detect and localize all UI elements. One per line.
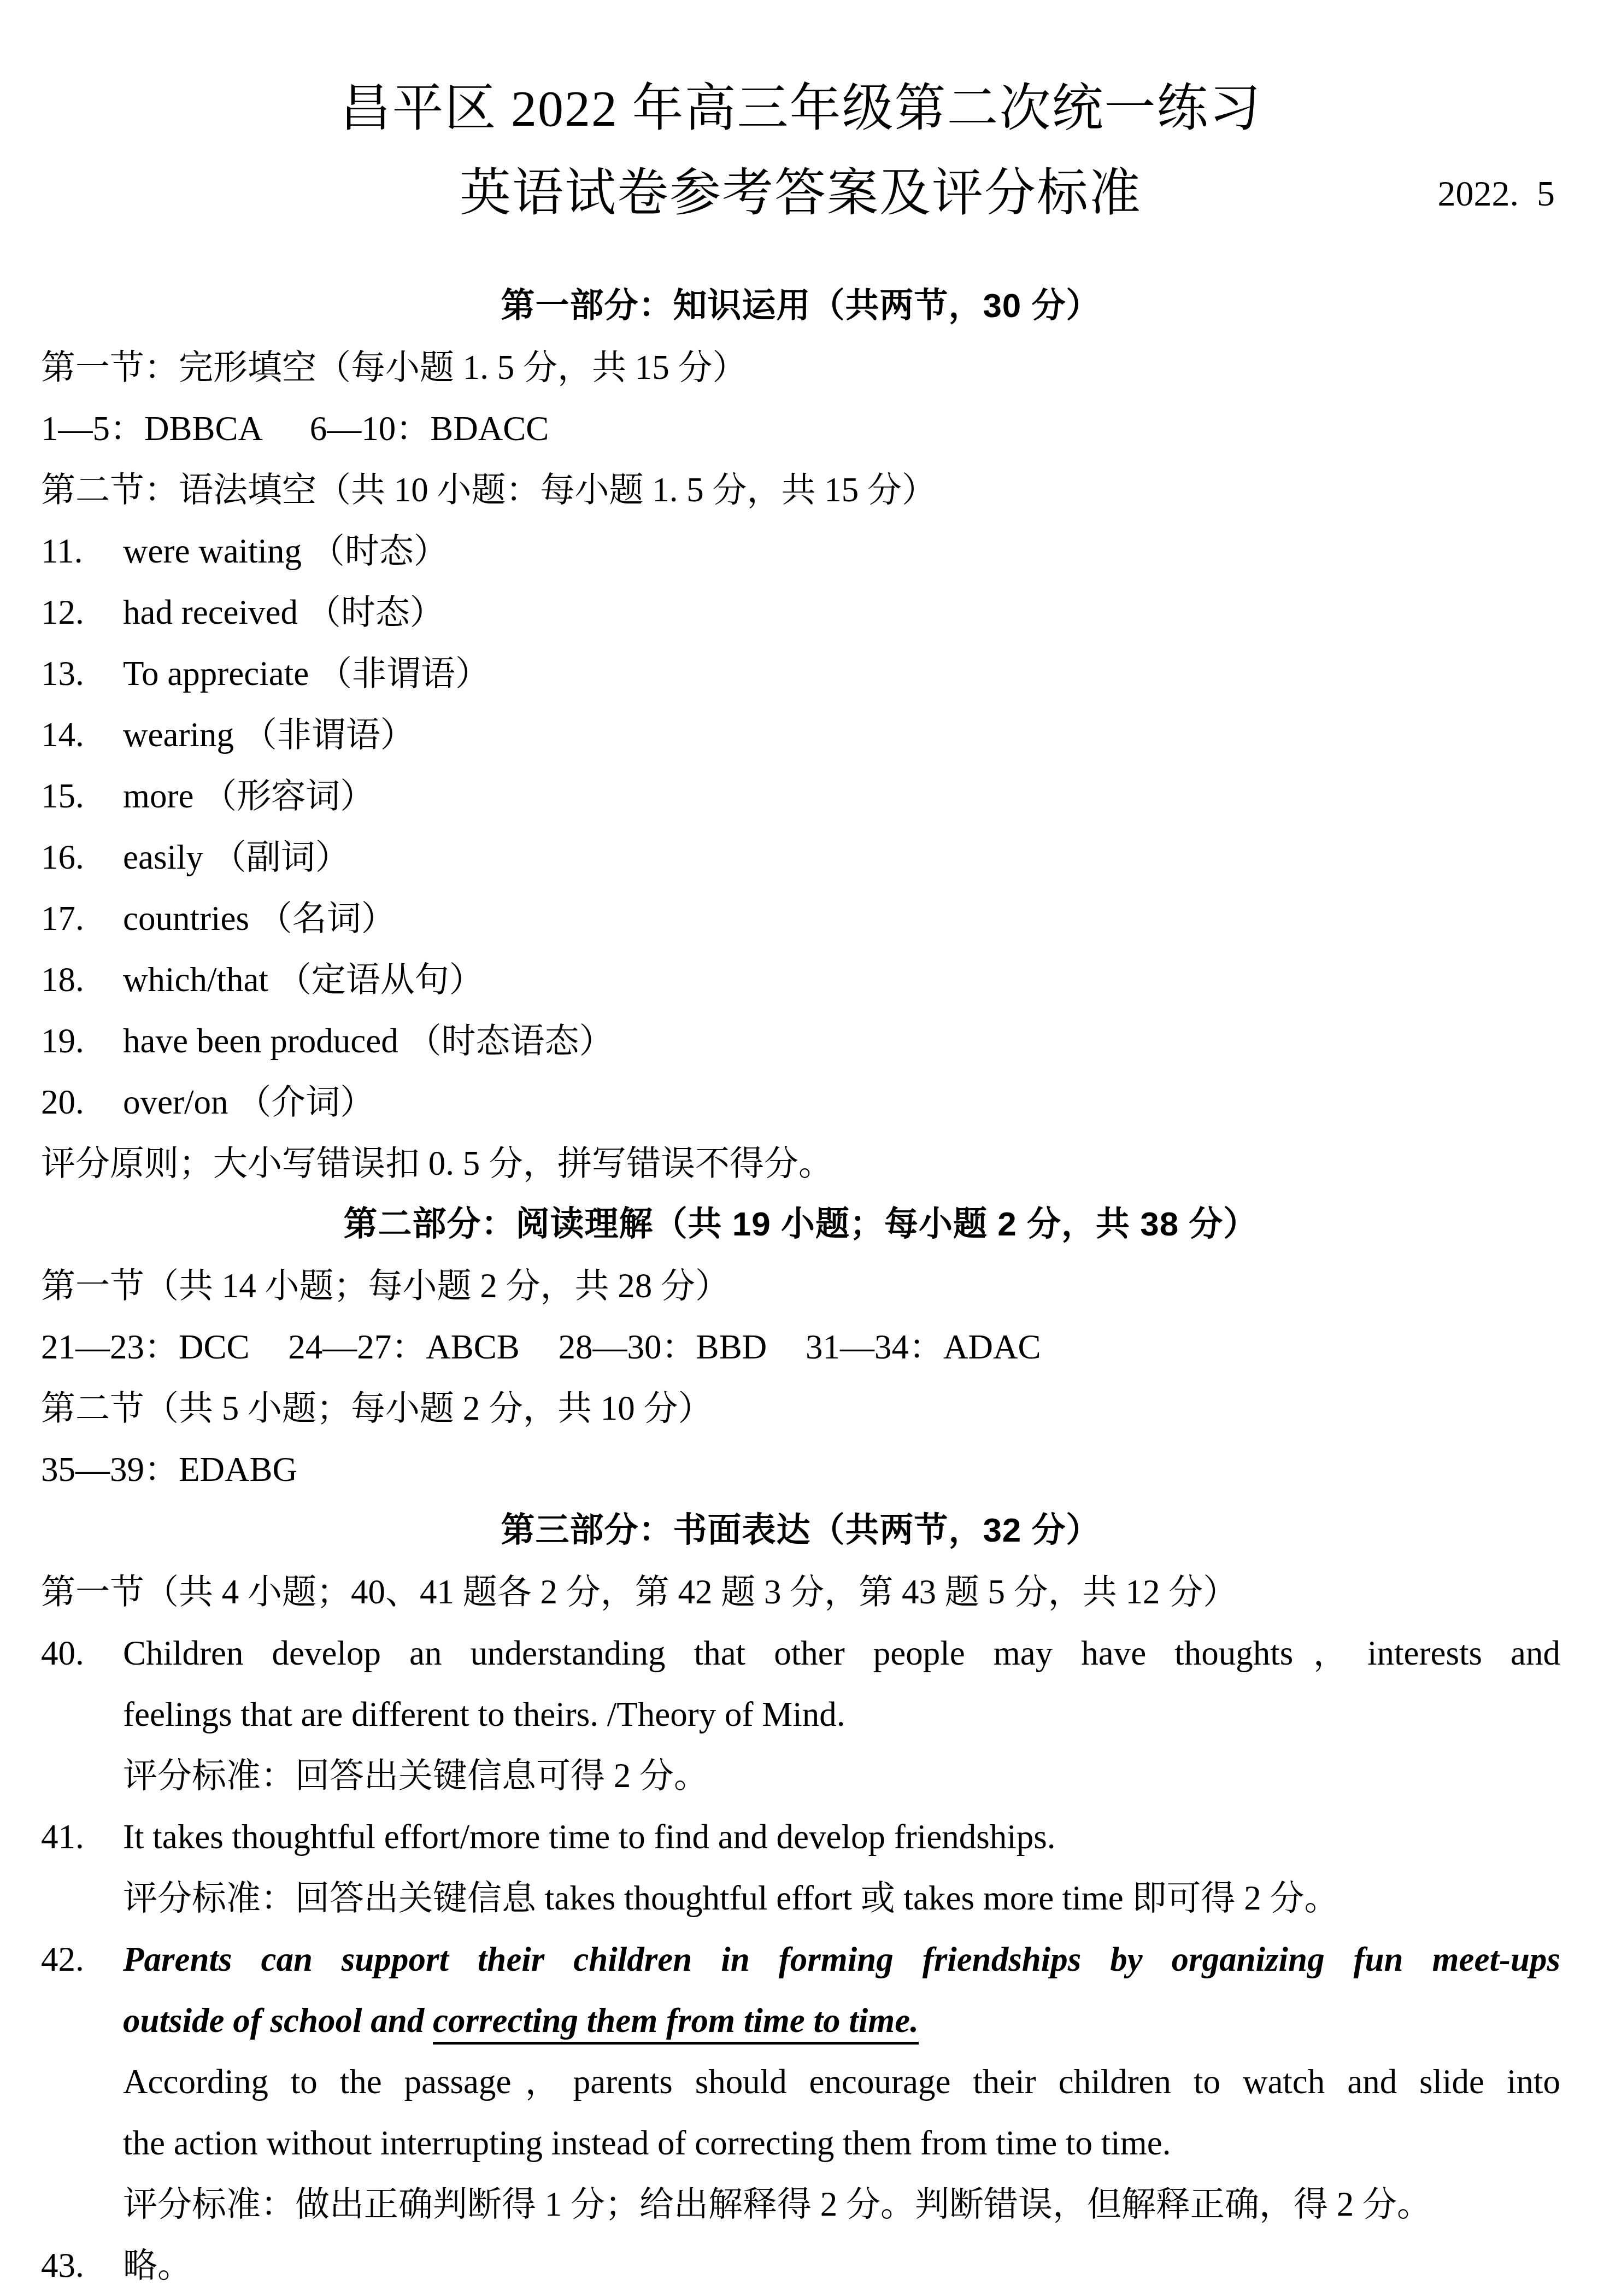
- answer-text: which/that （定语从句）: [123, 960, 484, 999]
- answer-text: outside of school and: [123, 2001, 433, 2040]
- answer-text: more （形容词）: [123, 777, 374, 815]
- question-41: 41. It takes thoughtful effort/more time…: [41, 1806, 1560, 1929]
- question-number: 12.: [41, 582, 123, 643]
- answer-group: 35—39：EDABG: [41, 1450, 297, 1489]
- question-42: 42. Parents can support their children i…: [41, 1929, 1560, 2235]
- answer-text: had received （时态）: [123, 593, 444, 631]
- grammar-item-20: 20.over/on （介词）: [41, 1071, 1560, 1133]
- question-number: 19.: [41, 1010, 123, 1071]
- question-number: 40.: [41, 1623, 84, 1684]
- part1-heading: 第一部分：知识运用（共两节，30 分）: [41, 276, 1560, 337]
- answer-group: 6—10：BDACC: [310, 409, 549, 448]
- grammar-item-19: 19.have been produced （时态语态）: [41, 1010, 1560, 1071]
- answer-group: 28—30：BBD: [559, 1328, 767, 1366]
- answer-line: 略。: [123, 2235, 1560, 2296]
- part3-heading: 第三部分：书面表达（共两节，32 分）: [41, 1500, 1560, 1561]
- answer-line: It takes thoughtful effort/more time to …: [123, 1806, 1560, 1867]
- part1-section1-label: 第一节：完形填空（每小题 1. 5 分，共 15 分）: [41, 337, 1560, 398]
- answer-line: Parents can support their children in fo…: [123, 1929, 1560, 1990]
- grammar-item-13: 13.To appreciate （非谓语）: [41, 643, 1560, 704]
- scoring-criteria: 评分标准：回答出关键信息可得 2 分。: [123, 1745, 1560, 1806]
- answer-text: To appreciate （非谓语）: [123, 654, 490, 693]
- part1-scoring-principle: 评分原则；大小写错误扣 0. 5 分，拼写错误不得分。: [41, 1133, 1560, 1194]
- question-number: 17.: [41, 888, 123, 949]
- question-number: 15.: [41, 765, 123, 827]
- answer-group: 31—34：ADAC: [806, 1328, 1041, 1366]
- grammar-item-14: 14.wearing （非谓语）: [41, 704, 1560, 765]
- answer-group: 24—27：ABCB: [288, 1328, 520, 1366]
- answer-text: over/on （介词）: [123, 1083, 374, 1121]
- grammar-item-16: 16.easily （副词）: [41, 827, 1560, 888]
- part2-section1-answers: 21—23：DCC 24—27：ABCB 28—30：BBD 31—34：ADA…: [41, 1316, 1560, 1378]
- part2-heading: 第二部分：阅读理解（共 19 小题；每小题 2 分，共 38 分）: [41, 1194, 1560, 1255]
- answer-text: were waiting （时态）: [123, 532, 448, 570]
- title-line-1: 昌平区 2022 年高三年级第二次统一练习: [41, 67, 1560, 151]
- grammar-item-15: 15.more （形容词）: [41, 765, 1560, 827]
- grammar-item-11: 11.were waiting （时态）: [41, 520, 1560, 582]
- exam-date: 2022. 5: [1438, 151, 1555, 236]
- part1-cloze-answers: 1—5：DBBCA 6—10：BDACC: [41, 398, 1560, 459]
- question-number: 13.: [41, 643, 123, 704]
- grammar-item-17: 17.countries （名词）: [41, 888, 1560, 949]
- part2-section1-label: 第一节（共 14 小题；每小题 2 分，共 28 分）: [41, 1255, 1560, 1316]
- part1-section2-label: 第二节：语法填空（共 10 小题：每小题 1. 5 分，共 15 分）: [41, 459, 1560, 520]
- underlined-answer-text: correcting them from time to time.: [433, 2001, 919, 2040]
- question-number: 20.: [41, 1071, 123, 1133]
- explanation-line: According to the passage，parents should …: [123, 2051, 1560, 2112]
- question-number: 43.: [41, 2235, 84, 2296]
- question-number: 16.: [41, 827, 123, 888]
- explanation-line: the action without interrupting instead …: [123, 2112, 1560, 2174]
- answer-text: countries （名词）: [123, 899, 396, 938]
- answer-line: Children develop an understanding that o…: [123, 1623, 1560, 1684]
- question-number: 42.: [41, 1929, 84, 1990]
- question-43: 43. 略。: [41, 2235, 1560, 2296]
- question-number: 41.: [41, 1806, 84, 1867]
- part3-section1-label: 第一节（共 4 小题；40、41 题各 2 分，第 42 题 3 分，第 43 …: [41, 1561, 1560, 1623]
- grammar-item-18: 18.which/that （定语从句）: [41, 949, 1560, 1010]
- answer-text: wearing （非谓语）: [123, 716, 415, 754]
- answer-group: 21—23：DCC: [41, 1328, 250, 1366]
- document-page: 昌平区 2022 年高三年级第二次统一练习 英语试卷参考答案及评分标准 2022…: [0, 0, 1598, 2296]
- scoring-criteria: 评分标准：回答出关键信息 takes thoughtful effort 或 t…: [123, 1867, 1560, 1929]
- question-40: 40. Children develop an understanding th…: [41, 1623, 1560, 1806]
- answer-line: outside of school and correcting them fr…: [123, 1990, 1560, 2051]
- grammar-item-12: 12.had received （时态）: [41, 582, 1560, 643]
- document-body: 第一部分：知识运用（共两节，30 分） 第一节：完形填空（每小题 1. 5 分，…: [41, 276, 1560, 2296]
- title-block: 昌平区 2022 年高三年级第二次统一练习 英语试卷参考答案及评分标准 2022…: [41, 0, 1560, 236]
- title-line-2: 英语试卷参考答案及评分标准: [41, 151, 1560, 236]
- answer-text: have been produced （时态语态）: [123, 1022, 614, 1060]
- question-number: 18.: [41, 949, 123, 1010]
- answer-line: feelings that are different to theirs. /…: [123, 1684, 1560, 1745]
- scoring-criteria: 评分标准：做出正确判断得 1 分；给出解释得 2 分。判断错误，但解释正确，得 …: [123, 2174, 1560, 2235]
- part2-section2-label: 第二节（共 5 小题；每小题 2 分，共 10 分）: [41, 1378, 1560, 1439]
- answer-text: easily （副词）: [123, 838, 350, 876]
- answer-group: 1—5：DBBCA: [41, 409, 263, 448]
- part2-section2-answers: 35—39：EDABG: [41, 1439, 1560, 1500]
- question-number: 14.: [41, 704, 123, 765]
- question-number: 11.: [41, 520, 123, 582]
